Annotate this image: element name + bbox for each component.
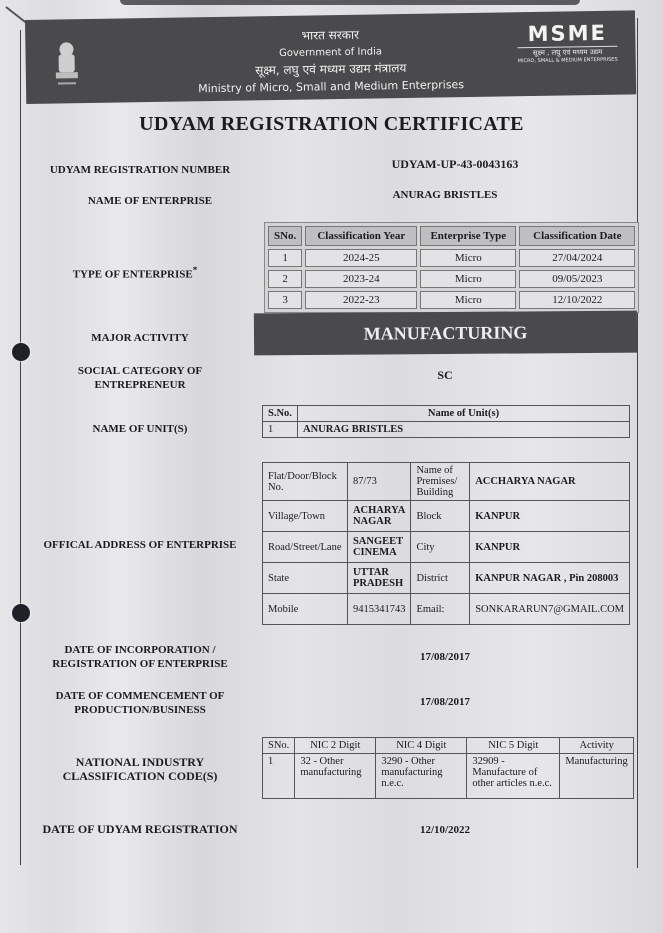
type-of-enterprise-label: TYPE OF ENTERPRISE* (50, 263, 220, 282)
address-table: Flat/Door/Block No. 87/73 Name of Premis… (262, 462, 630, 625)
road-label: Road/Street/Lane (263, 532, 348, 563)
city-value: KANPUR (470, 532, 630, 563)
mobile-label: Mobile (263, 594, 348, 625)
state-value: UTTAR PRADESH (347, 563, 411, 594)
state-label: State (263, 563, 348, 594)
table-row: Road/Street/Lane SANGEET CINEMA City KAN… (263, 532, 630, 563)
cell: 09/05/2023 (519, 270, 635, 288)
table-header-row: S.No. Name of Unit(s) (263, 406, 630, 422)
col-sno: S.No. (263, 406, 298, 422)
cell: 12/10/2022 (519, 291, 635, 309)
cell: 1 (263, 422, 298, 438)
table-row: 1 ANURAG BRISTLES (263, 422, 630, 438)
table-header-row: SNo. NIC 2 Digit NIC 4 Digit NIC 5 Digit… (263, 738, 634, 754)
table-row: 3 2022-23 Micro 12/10/2022 (268, 291, 635, 309)
social-category-value: SC (420, 368, 470, 383)
state-emblem-icon (49, 39, 84, 90)
address-label: OFFICAL ADDRESS OF ENTERPRISE (30, 538, 250, 552)
col-date: Classification Date (519, 226, 635, 246)
col-type: Enterprise Type (420, 226, 516, 246)
cell: 2023-24 (305, 270, 417, 288)
punch-hole (12, 604, 30, 622)
reg-number-value: UDYAM-UP-43-0043163 (350, 157, 560, 172)
social-category-label: SOCIAL CATEGORY OF ENTREPRENEUR (50, 364, 230, 392)
col-unit-name: Name of Unit(s) (298, 406, 630, 422)
district-value: KANPUR NAGAR , Pin 208003 (470, 563, 630, 594)
units-table: S.No. Name of Unit(s) 1 ANURAG BRISTLES (262, 405, 630, 438)
asterisk: * (193, 265, 198, 275)
major-activity-value: MANUFACTURING (254, 311, 637, 356)
punch-hole (12, 343, 30, 361)
table-row: 1 2024-25 Micro 27/04/2024 (268, 249, 635, 267)
flat-value: 87/73 (347, 463, 411, 501)
nic-label-line2: CLASSIFICATION CODE(S) (50, 769, 230, 783)
cell: 2 (268, 270, 302, 288)
incorporation-label: DATE OF INCORPORATION / REGISTRATION OF … (40, 643, 240, 671)
block-value: KANPUR (470, 501, 630, 532)
cell: 32 - Other manufacturing (295, 754, 376, 799)
cell: Micro (420, 291, 516, 309)
table-header-row: SNo. Classification Year Enterprise Type… (268, 226, 635, 246)
ministry-name: Ministry of Micro, Small and Medium Ente… (176, 76, 486, 98)
header-banner: भारत सरकार Government of India सूक्ष्म, … (25, 10, 636, 104)
table-row: State UTTAR PRADESH District KANPUR NAGA… (263, 563, 630, 594)
table-row: 2 2023-24 Micro 09/05/2023 (268, 270, 635, 288)
district-label: District (411, 563, 470, 594)
flat-label: Flat/Door/Block No. (263, 463, 348, 501)
cell: Manufacturing (560, 754, 634, 799)
village-value: ACHARYA NAGAR (347, 501, 411, 532)
cell: 2024-25 (305, 249, 417, 267)
city-label: City (411, 532, 470, 563)
cell: 1 (263, 754, 295, 799)
commencement-label-line1: DATE OF COMMENCEMENT OF (40, 689, 240, 703)
cell: 2022-23 (305, 291, 417, 309)
cell: ANURAG BRISTLES (298, 422, 630, 438)
table-row: Flat/Door/Block No. 87/73 Name of Premis… (263, 463, 630, 501)
corner-mark (5, 6, 27, 24)
table-row: Village/Town ACHARYA NAGAR Block KANPUR (263, 501, 630, 532)
cell: 3 (268, 291, 302, 309)
incorporation-label-line1: DATE OF INCORPORATION / (40, 643, 240, 657)
commencement-label-line2: PRODUCTION/BUSINESS (40, 703, 240, 717)
table-row: Mobile 9415341743 Email: SONKARARUN7@GMA… (263, 594, 630, 625)
col-nic2: NIC 2 Digit (295, 738, 376, 754)
village-label: Village/Town (263, 501, 348, 532)
table-row: 1 32 - Other manufacturing 3290 - Other … (263, 754, 634, 799)
road-value: SANGEET CINEMA (347, 532, 411, 563)
cell: Micro (420, 270, 516, 288)
page-border-left (20, 30, 21, 865)
col-sno: SNo. (263, 738, 295, 754)
mobile-value: 9415341743 (347, 594, 411, 625)
incorporation-date: 17/08/2017 (400, 651, 490, 663)
enterprise-name-value: ANURAG BRISTLES (350, 189, 540, 201)
classification-table: SNo. Classification Year Enterprise Type… (264, 222, 639, 313)
msme-logo-text: MSME (517, 21, 617, 47)
email-label: Email: (411, 594, 470, 625)
nic-label-line1: NATIONAL INDUSTRY (50, 755, 230, 769)
commencement-date: 17/08/2017 (400, 696, 490, 708)
msme-logo-english: MICRO, SMALL & MEDIUM ENTERPRISES (518, 57, 618, 65)
reg-number-label: UDYAM REGISTRATION NUMBER (40, 163, 240, 177)
major-activity-label: MAJOR ACTIVITY (60, 331, 220, 345)
type-label-text: TYPE OF ENTERPRISE (73, 269, 193, 281)
udyam-date-label: DATE OF UDYAM REGISTRATION (30, 822, 250, 836)
cell: 3290 - Other manufacturing n.e.c. (376, 754, 467, 799)
nic-label: NATIONAL INDUSTRY CLASSIFICATION CODE(S) (50, 755, 230, 783)
col-nic5: NIC 5 Digit (467, 738, 560, 754)
social-category-label-line1: SOCIAL CATEGORY OF (50, 364, 230, 378)
certificate-title: UDYAM REGISTRATION CERTIFICATE (0, 113, 663, 136)
premises-label: Name of Premises/ Building (411, 463, 470, 501)
commencement-label: DATE OF COMMENCEMENT OF PRODUCTION/BUSIN… (40, 689, 240, 717)
udyam-date: 12/10/2022 (400, 824, 490, 836)
page-border-right (637, 18, 638, 868)
cell: Micro (420, 249, 516, 267)
nic-table: SNo. NIC 2 Digit NIC 4 Digit NIC 5 Digit… (262, 737, 634, 799)
col-nic4: NIC 4 Digit (376, 738, 467, 754)
premises-value: ACCHARYA NAGAR (470, 463, 630, 501)
col-activity: Activity (560, 738, 634, 754)
social-category-label-line2: ENTREPRENEUR (50, 378, 230, 392)
col-year: Classification Year (305, 226, 417, 246)
msme-logo: MSME सूक्ष्म , लघु एवं मध्यम उद्यम MICRO… (517, 21, 618, 65)
unit-name-label: NAME OF UNIT(S) (60, 422, 220, 436)
block-label: Block (411, 501, 470, 532)
cell: 27/04/2024 (519, 249, 635, 267)
email-value: SONKARARUN7@GMAIL.COM (470, 594, 630, 625)
photo-shadow (120, 0, 580, 5)
cell: 1 (268, 249, 302, 267)
enterprise-name-label: NAME OF ENTERPRISE (40, 194, 260, 208)
col-sno: SNo. (268, 226, 302, 246)
incorporation-label-line2: REGISTRATION OF ENTERPRISE (40, 657, 240, 671)
cell: 32909 - Manufacture of other articles n.… (467, 754, 560, 799)
